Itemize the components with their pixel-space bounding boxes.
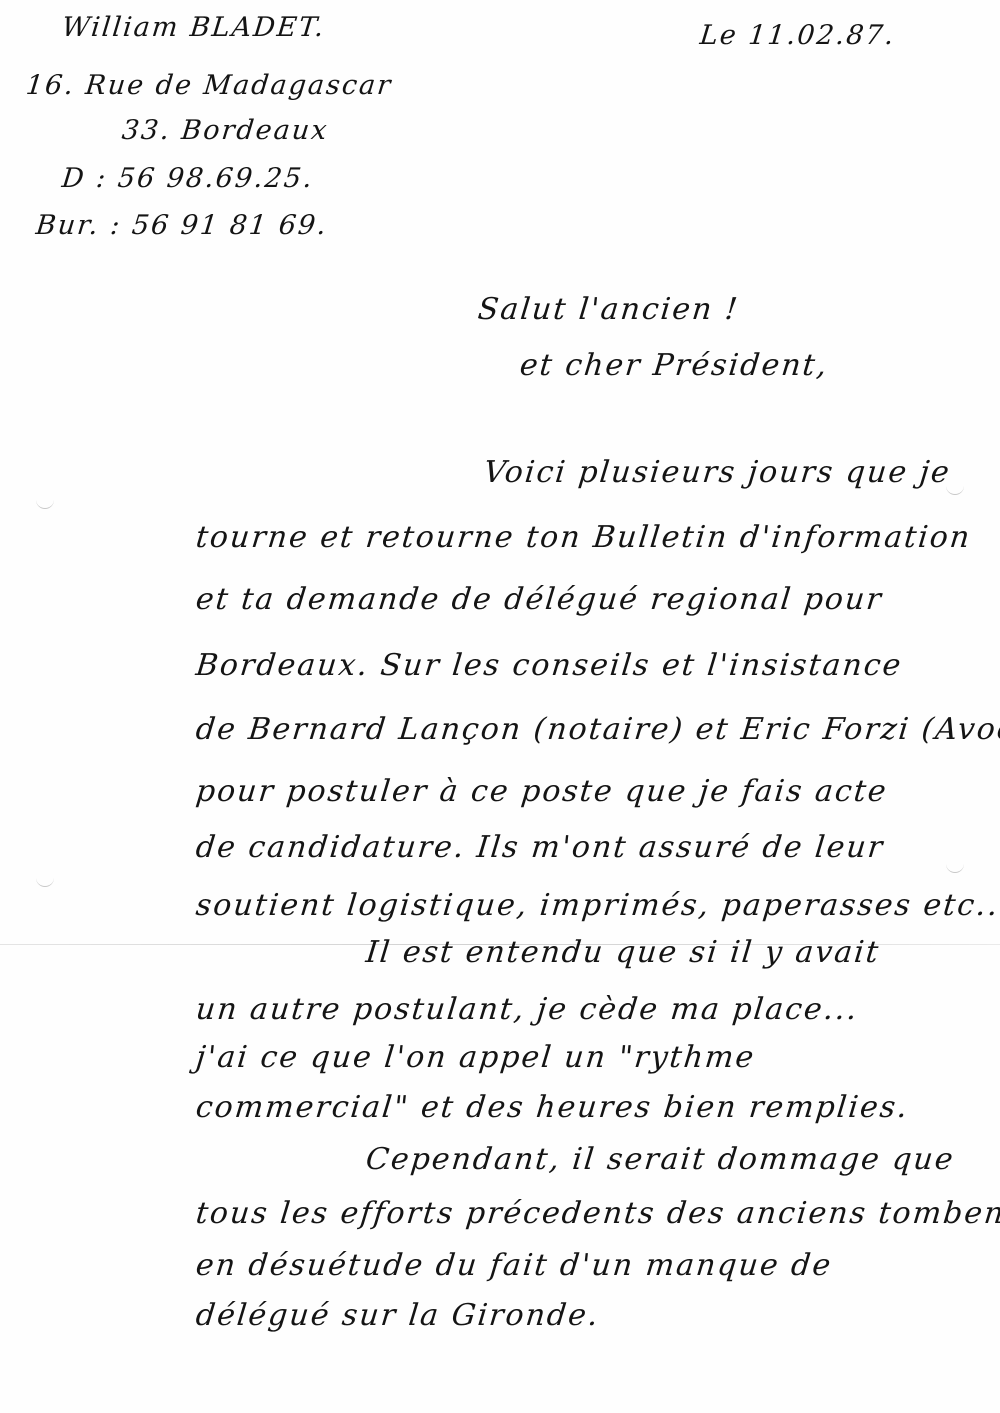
body-line: et ta demande de délégué regional pour xyxy=(194,582,884,617)
body-line: délégué sur la Gironde. xyxy=(194,1298,601,1333)
sender-city: 33. Bordeaux xyxy=(120,115,330,146)
punch-hole-mark xyxy=(36,876,54,887)
sender-phone-home: D : 56 98.69.25. xyxy=(60,163,315,194)
body-line: un autre postulant, je cède ma place... xyxy=(194,992,860,1027)
paper-fold-line xyxy=(0,944,1000,945)
body-line: Voici plusieurs jours que je xyxy=(482,455,952,490)
body-line: Bordeaux. Sur les conseils et l'insistan… xyxy=(194,648,904,683)
sender-name: William BLADET. xyxy=(60,12,327,43)
body-line: de Bernard Lançon (notaire) et Eric Forz… xyxy=(194,712,1000,747)
body-line: en désuétude du fait d'un manque de xyxy=(194,1248,834,1283)
body-line: Il est entendu que si il y avait xyxy=(364,935,882,970)
letter-page: William BLADET. 16. Rue de Madagascar 33… xyxy=(0,0,1000,1413)
body-line: tous les efforts précedents des anciens … xyxy=(194,1196,1000,1231)
salutation-line-1: Salut l'ancien ! xyxy=(476,292,741,327)
salutation-line-2: et cher Président, xyxy=(518,348,830,383)
letter-date: Le 11.02.87. xyxy=(698,20,897,51)
body-line: soutient logistique, imprimés, paperasse… xyxy=(194,888,1000,923)
body-line: commercial" et des heures bien remplies. xyxy=(194,1090,910,1125)
punch-hole-mark xyxy=(946,484,964,495)
body-line: de candidature. Ils m'ont assuré de leur xyxy=(194,830,886,865)
body-line: pour postuler à ce poste que je fais act… xyxy=(194,774,889,809)
sender-street: 16. Rue de Madagascar xyxy=(24,70,393,101)
body-line: tourne et retourne ton Bulletin d'inform… xyxy=(194,520,973,555)
sender-phone-office: Bur. : 56 91 81 69. xyxy=(34,210,329,241)
punch-hole-mark xyxy=(946,862,964,873)
body-line: j'ai ce que l'on appel un "rythme xyxy=(194,1040,757,1075)
punch-hole-mark xyxy=(36,498,54,509)
body-line: Cependant, il serait dommage que xyxy=(364,1142,956,1177)
